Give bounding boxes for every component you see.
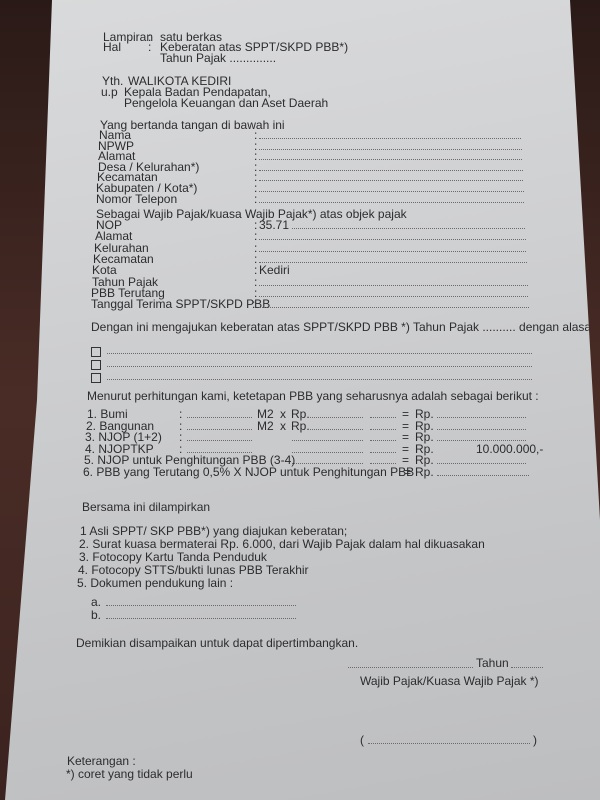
objection-statement: Dengan ini mengajukan keberatan atas SPP… [91, 321, 600, 334]
reason-checkbox[interactable] [91, 360, 101, 370]
year-field[interactable] [511, 666, 543, 668]
sub-item-input[interactable] [106, 604, 296, 606]
object-field-input[interactable] [259, 295, 528, 297]
up-label: u.p [101, 86, 118, 99]
colon: : [254, 193, 257, 205]
signer-field-input[interactable] [259, 190, 524, 192]
calc-input[interactable] [370, 439, 396, 441]
area-input[interactable] [187, 439, 252, 441]
unit-price-input[interactable] [310, 416, 363, 418]
times-sign: x [280, 420, 286, 432]
addressee-up-line2: Pengelola Keuangan dan Aset Daerah [124, 97, 328, 110]
field-label: Tanggal Terima SPPT/SKPD PBB [91, 298, 270, 310]
rp-label: Rp. [415, 466, 434, 478]
field-value: 35.71 [259, 219, 289, 231]
object-field-input[interactable] [292, 227, 525, 229]
object-field-input[interactable] [259, 284, 528, 286]
reason-input[interactable] [107, 352, 532, 354]
signature-name-field[interactable] [368, 742, 530, 744]
calculation-intro: Menurut perhitungan kami, ketetapan PBB … [87, 390, 539, 403]
sub-item-input[interactable] [106, 617, 296, 619]
colon: : [252, 298, 255, 310]
unit-m2: M2 [257, 420, 274, 432]
calc-result-input[interactable] [437, 474, 529, 476]
area-input[interactable] [187, 416, 252, 418]
signer-field-input[interactable] [259, 158, 522, 160]
calc-input[interactable] [292, 439, 363, 441]
notes-text: *) coret yang tidak perlu [66, 768, 193, 781]
form-sheet: Lampiran : satu berkas Hal : Keberatan a… [0, 0, 600, 800]
reason-checkbox[interactable] [91, 373, 101, 383]
area-input[interactable] [187, 428, 252, 430]
calc-result-input[interactable] [437, 439, 526, 441]
reason-input[interactable] [107, 378, 532, 380]
signer-title: Wajib Pajak/Kuasa Wajib Pajak *) [360, 675, 539, 688]
hal-tahun-pajak: Tahun Pajak .............. [160, 52, 276, 65]
object-intro: Sebagai Wajib Pajak/kuasa Wajib Pajak*) … [96, 208, 407, 221]
calc-input[interactable] [370, 416, 396, 418]
paren-open: ( [360, 734, 364, 747]
equals-sign: = [404, 466, 411, 478]
field-label: Nomor Telepon [96, 193, 177, 205]
tahun-label: Tahun [476, 657, 509, 670]
field-value: Kediri [259, 264, 290, 276]
unit-price-input[interactable] [310, 428, 363, 430]
signer-field-input[interactable] [259, 201, 524, 203]
signer-field-input[interactable] [259, 137, 521, 139]
attachments-intro: Bersama ini dilampirkan [82, 501, 210, 514]
colon: : [148, 41, 151, 54]
signer-field-input[interactable] [259, 179, 523, 181]
calc-input[interactable] [370, 428, 396, 430]
calc-result: 10.000.000,- [476, 443, 543, 455]
calc-input[interactable] [292, 451, 363, 453]
place-date-field[interactable] [348, 666, 473, 668]
paren-close: ) [533, 734, 537, 747]
calc-row-label: 6. PBB yang Terutang 0,5% X NJOP untuk P… [83, 466, 414, 478]
hal-label: Hal [103, 41, 121, 54]
signer-field-input[interactable] [259, 169, 523, 171]
signer-field-input[interactable] [259, 148, 522, 150]
object-field-input[interactable] [259, 250, 526, 252]
sub-item-label: b. [91, 609, 101, 622]
rp-label: Rp. [291, 420, 310, 432]
attachment-item: 5. Dokumen pendukung lain : [77, 577, 233, 590]
object-field-input[interactable] [259, 306, 529, 308]
calc-result-input[interactable] [437, 416, 526, 418]
reason-input[interactable] [107, 365, 532, 367]
calc-result-input[interactable] [437, 462, 526, 464]
closing-text: Demikian disampaikan untuk dapat diperti… [76, 637, 358, 650]
object-field-input[interactable] [259, 261, 527, 263]
calc-result-input[interactable] [437, 428, 526, 430]
calc-input[interactable] [370, 451, 396, 453]
object-field-input[interactable] [259, 238, 526, 240]
reason-checkbox[interactable] [91, 347, 101, 357]
